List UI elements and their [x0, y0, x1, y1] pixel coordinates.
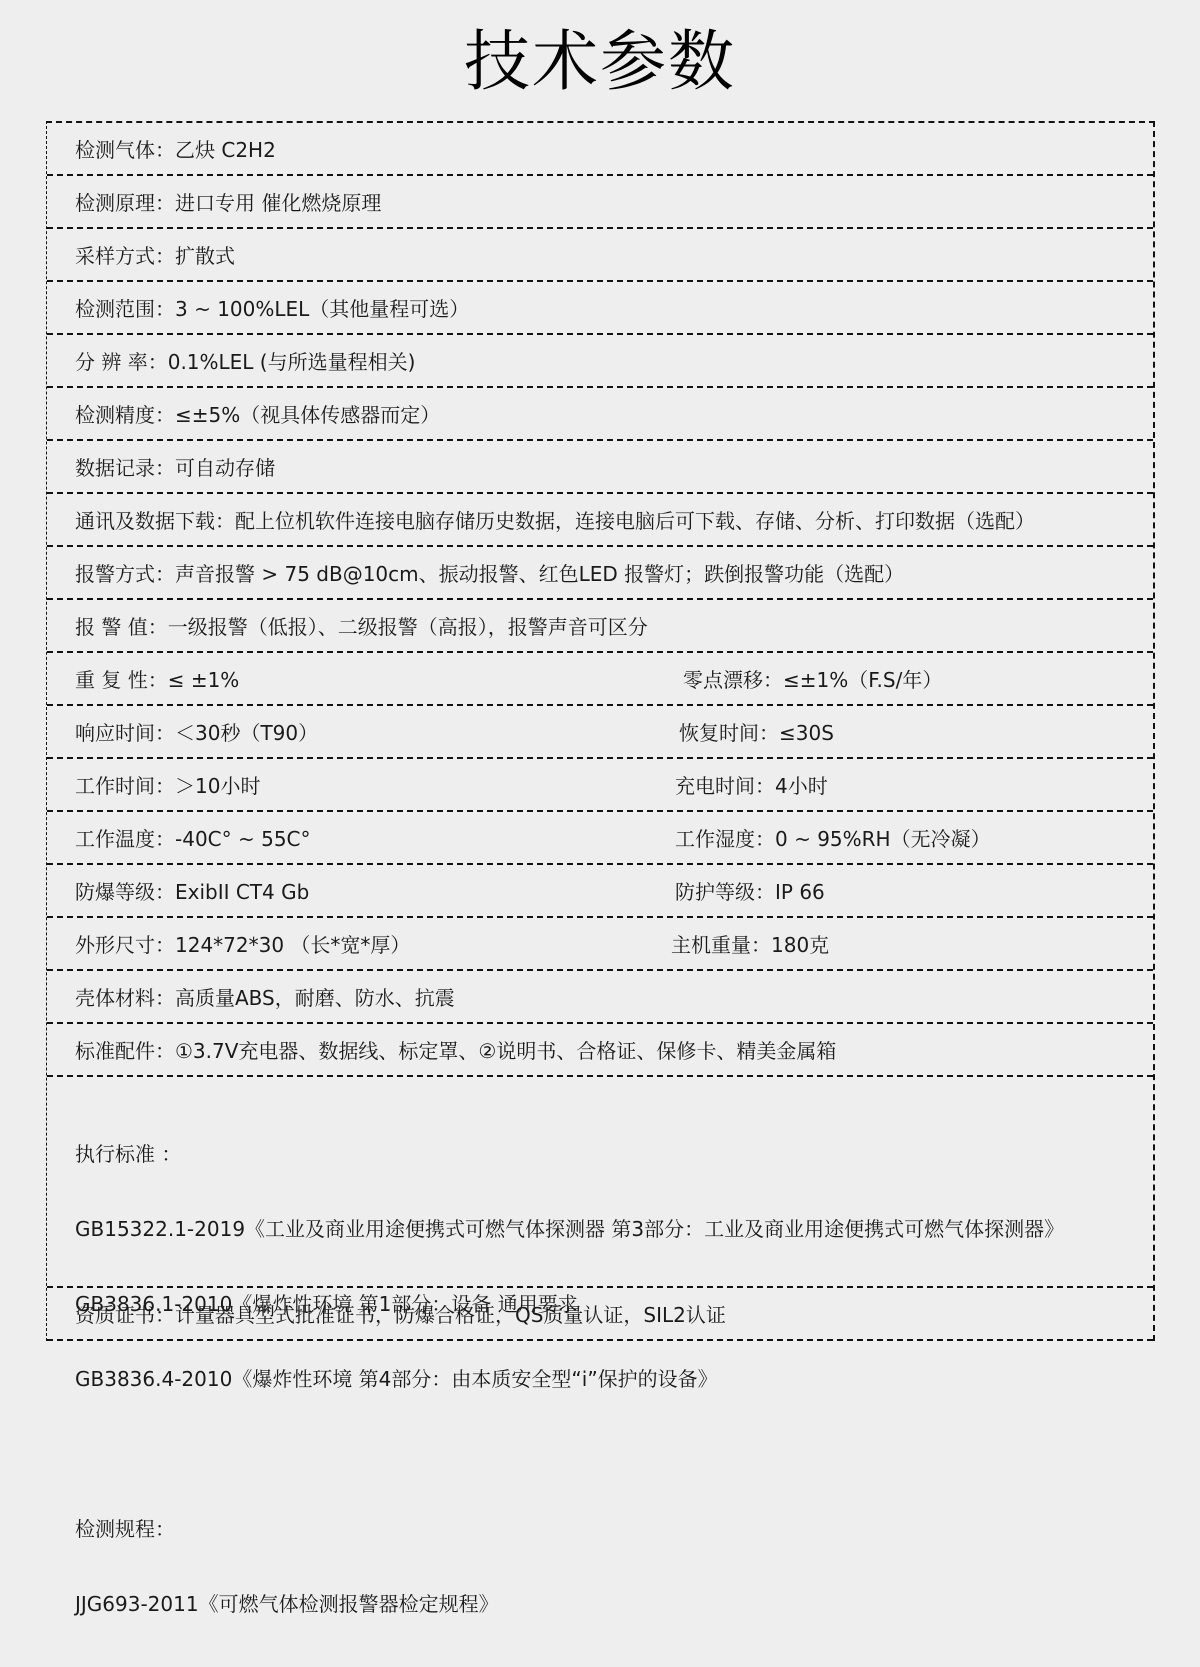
- spec-recovery-time: 恢复时间：≤30S: [675, 717, 1153, 746]
- spec-dimensions: 外形尺寸：124*72*30 （长*宽*厚）: [75, 929, 675, 958]
- standards-heading: 执行标准 ：: [75, 1142, 1064, 1167]
- spec-row-principle: 检测原理：进口专用 催化燃烧原理: [47, 176, 1153, 229]
- spec-text: 检测范围：3 ~ 100%LEL（其他量程可选）: [75, 293, 469, 322]
- spec-work-humidity: 工作湿度：0 ~ 95%RH（无冷凝）: [675, 823, 1153, 852]
- spec-ip-rating: 防护等级：IP 66: [675, 876, 1153, 905]
- spec-ex-rating: 防爆等级：ExibII CT4 Gb: [75, 876, 675, 905]
- spec-text: 采样方式：扩散式: [75, 240, 235, 269]
- spec-charge-time: 充电时间：4小时: [675, 770, 1153, 799]
- spec-row-alarm-value: 报 警 值：一级报警（低报）、二级报警（高报），报警声音可区分: [47, 600, 1153, 653]
- spec-row-range: 检测范围：3 ~ 100%LEL（其他量程可选）: [47, 282, 1153, 335]
- spec-row-housing: 壳体材料：高质量ABS，耐磨、防水、抗震: [47, 971, 1153, 1024]
- spec-text: 检测原理：进口专用 催化燃烧原理: [75, 187, 381, 216]
- spec-repeatability: 重 复 性：≤ ±1%: [75, 664, 675, 693]
- spec-text: 通讯及数据下载：配上位机软件连接电脑存储历史数据，连接电脑后可下载、存储、分析、…: [75, 505, 1035, 534]
- spec-text: 数据记录：可自动存储: [75, 452, 275, 481]
- spec-table: 检测气体：乙炔 C2H2 检测原理：进口专用 催化燃烧原理 采样方式：扩散式 检…: [46, 121, 1155, 1341]
- spec-row-response-recovery: 响应时间：＜30秒（T90） 恢复时间：≤30S: [47, 706, 1153, 759]
- spec-text: 检测气体：乙炔 C2H2: [75, 134, 276, 163]
- spec-text: 资质证书：计量器具型式批准证书，防爆合格证，QS质量认证，SIL2认证: [75, 1299, 726, 1328]
- spec-text: 检测精度：≤±5%（视具体传感器而定）: [75, 399, 440, 428]
- spec-row-standards: 执行标准 ： GB15322.1-2019《工业及商业用途便携式可燃气体探测器 …: [47, 1077, 1153, 1288]
- standard-item: GB15322.1-2019《工业及商业用途便携式可燃气体探测器 第3部分：工业…: [75, 1217, 1064, 1242]
- spec-text: 标准配件：①3.7V充电器、数据线、标定罩、②说明书、合格证、保修卡、精美金属箱: [75, 1035, 836, 1064]
- spec-row-accessories: 标准配件：①3.7V充电器、数据线、标定罩、②说明书、合格证、保修卡、精美金属箱: [47, 1024, 1153, 1077]
- spec-weight: 主机重量：180克: [671, 929, 1153, 958]
- spec-row-gas: 检测气体：乙炔 C2H2: [47, 123, 1153, 176]
- spec-text: 报 警 值：一级报警（低报）、二级报警（高报），报警声音可区分: [75, 611, 648, 640]
- page-title: 技术参数: [0, 22, 1200, 102]
- spec-row-alarm-mode: 报警方式：声音报警 > 75 dB@10cm、振动报警、红色LED 报警灯；跌倒…: [47, 547, 1153, 600]
- spec-row-temp-humidity: 工作温度：-40C° ~ 55C° 工作湿度：0 ~ 95%RH（无冷凝）: [47, 812, 1153, 865]
- spec-text: 壳体材料：高质量ABS，耐磨、防水、抗震: [75, 982, 455, 1011]
- spec-row-accuracy: 检测精度：≤±5%（视具体传感器而定）: [47, 388, 1153, 441]
- spec-work-time: 工作时间：＞10小时: [75, 770, 675, 799]
- spec-text: 报警方式：声音报警 > 75 dB@10cm、振动报警、红色LED 报警灯；跌倒…: [75, 558, 904, 587]
- spec-row-work-charge: 工作时间：＞10小时 充电时间：4小时: [47, 759, 1153, 812]
- spec-row-ex-ip: 防爆等级：ExibII CT4 Gb 防护等级：IP 66: [47, 865, 1153, 918]
- spec-response-time: 响应时间：＜30秒（T90）: [75, 717, 675, 746]
- spec-zero-drift: 零点漂移：≤±1%（F.S/年）: [675, 664, 1153, 693]
- spec-row-repeatability-drift: 重 复 性：≤ ±1% 零点漂移：≤±1%（F.S/年）: [47, 653, 1153, 706]
- spec-row-sampling: 采样方式：扩散式: [47, 229, 1153, 282]
- spec-row-dimensions-weight: 外形尺寸：124*72*30 （长*宽*厚） 主机重量：180克: [47, 918, 1153, 971]
- spec-row-resolution: 分 辨 率：0.1%LEL (与所选量程相关): [47, 335, 1153, 388]
- spec-row-comm: 通讯及数据下载：配上位机软件连接电脑存储历史数据，连接电脑后可下载、存储、分析、…: [47, 494, 1153, 547]
- spec-text: 分 辨 率：0.1%LEL (与所选量程相关): [75, 346, 415, 375]
- spec-work-temp: 工作温度：-40C° ~ 55C°: [75, 823, 675, 852]
- spec-row-data-record: 数据记录：可自动存储: [47, 441, 1153, 494]
